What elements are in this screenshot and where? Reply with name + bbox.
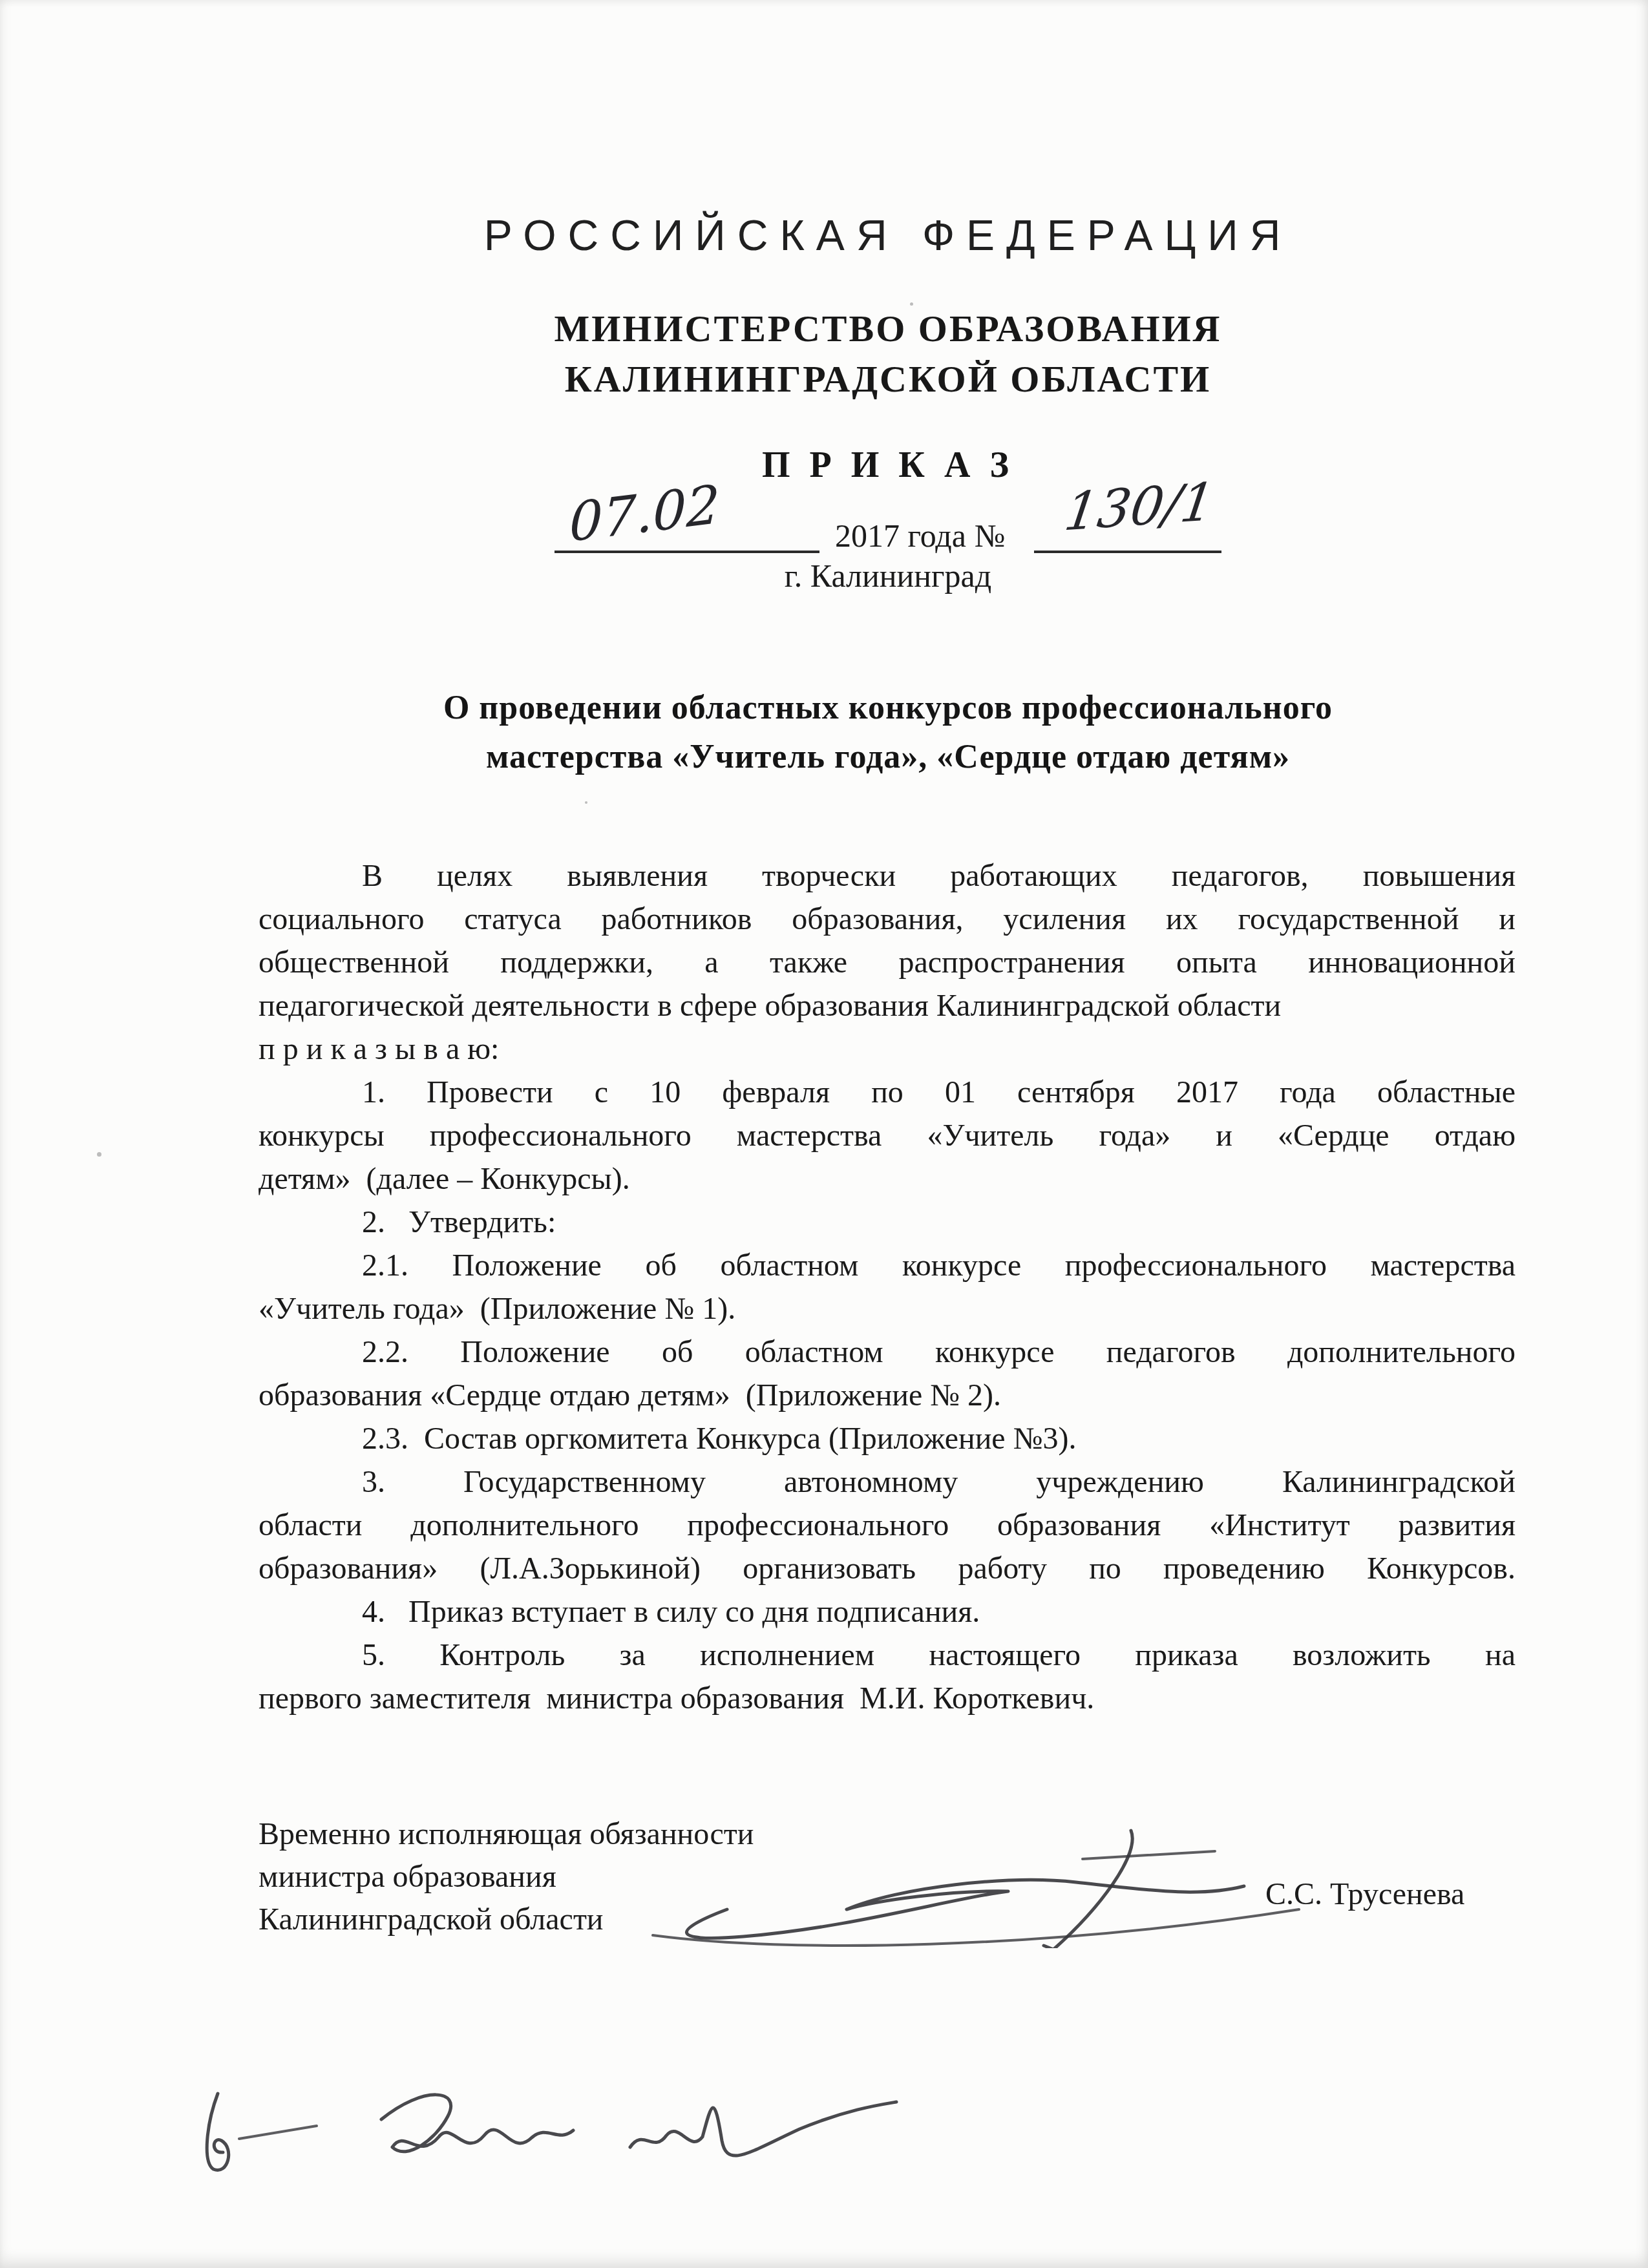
body-line: социального статуса работников образован… [259,898,1516,941]
body-line: 3. Государственному автономному учрежден… [259,1460,1516,1504]
body-line: конкурсы профессионального мастерства «У… [259,1114,1516,1157]
signature-scribble-icon [630,1825,1315,1948]
date-underline [555,551,819,553]
body-line: педагогической деятельности в сфере обра… [259,984,1516,1027]
body-line: 1. Провести с 10 февраля по 01 сентября … [259,1071,1516,1114]
subject-line1: О проведении областных конкурсов професс… [259,684,1517,733]
body-line: 2. Утвердить: [259,1201,1516,1244]
signatory-name: С.С. Трусенева [1265,1876,1464,1912]
subject-heading: О проведении областных конкурсов професс… [259,684,1517,782]
body-line: В целях выявления творчески работающих п… [259,854,1516,898]
order-title: П Р И К А З [259,445,1517,486]
number-underline [1034,551,1221,553]
body-line: 2.2. Положение об областном конкурсе пед… [259,1330,1516,1374]
body-line: п р и к а з ы в а ю: [259,1027,1516,1071]
body-line: образования «Сердце отдаю детям» (Прилож… [259,1374,1516,1417]
body-line: 5. Контроль за исполнением настоящего пр… [259,1633,1516,1677]
scan-speck [585,801,587,804]
scan-speck [97,1152,101,1157]
body-line: образования» (Л.А.Зорькиной) организоват… [259,1547,1516,1590]
country-title: РОССИЙСКАЯ ФЕДЕРАЦИЯ [259,211,1517,260]
body-line: детям» (далее – Конкурсы). [259,1157,1516,1201]
ministry-line2: КАЛИНИНГРАДСКОЙ ОБЛАСТИ [259,354,1517,404]
body-line: 2.3. Состав оргкомитета Конкурса (Прилож… [259,1417,1516,1460]
ministry-line1: МИНИСТЕРСТВО ОБРАЗОВАНИЯ [259,304,1517,354]
scan-speck [910,302,913,306]
handwritten-order-number: 130/1 [1061,471,1218,542]
city-line: г. Калининград [259,557,1517,594]
body-line: «Учитель года» (Приложение № 1). [259,1287,1516,1330]
body-line: общественной поддержки, а также распрост… [259,941,1516,984]
year-number-label: 2017 года № [835,517,1005,554]
subject-line2: мастерства «Учитель года», «Сердце отдаю… [259,733,1517,782]
body-line: 2.1. Положение об областном конкурсе про… [259,1244,1516,1287]
scanned-order-document: РОССИЙСКАЯ ФЕДЕРАЦИЯ МИНИСТЕРСТВО ОБРАЗО… [0,0,1648,2268]
handwritten-note-scribble-icon [178,2071,908,2207]
body-line: 4. Приказ вступает в силу со дня подписа… [259,1590,1516,1633]
body-line: области дополнительного профессиональног… [259,1504,1516,1547]
ministry-title: МИНИСТЕРСТВО ОБРАЗОВАНИЯ КАЛИНИНГРАДСКОЙ… [259,304,1517,404]
order-body: В целях выявления творчески работающих п… [259,854,1516,1720]
body-line: первого заместителя министра образования… [259,1677,1516,1720]
